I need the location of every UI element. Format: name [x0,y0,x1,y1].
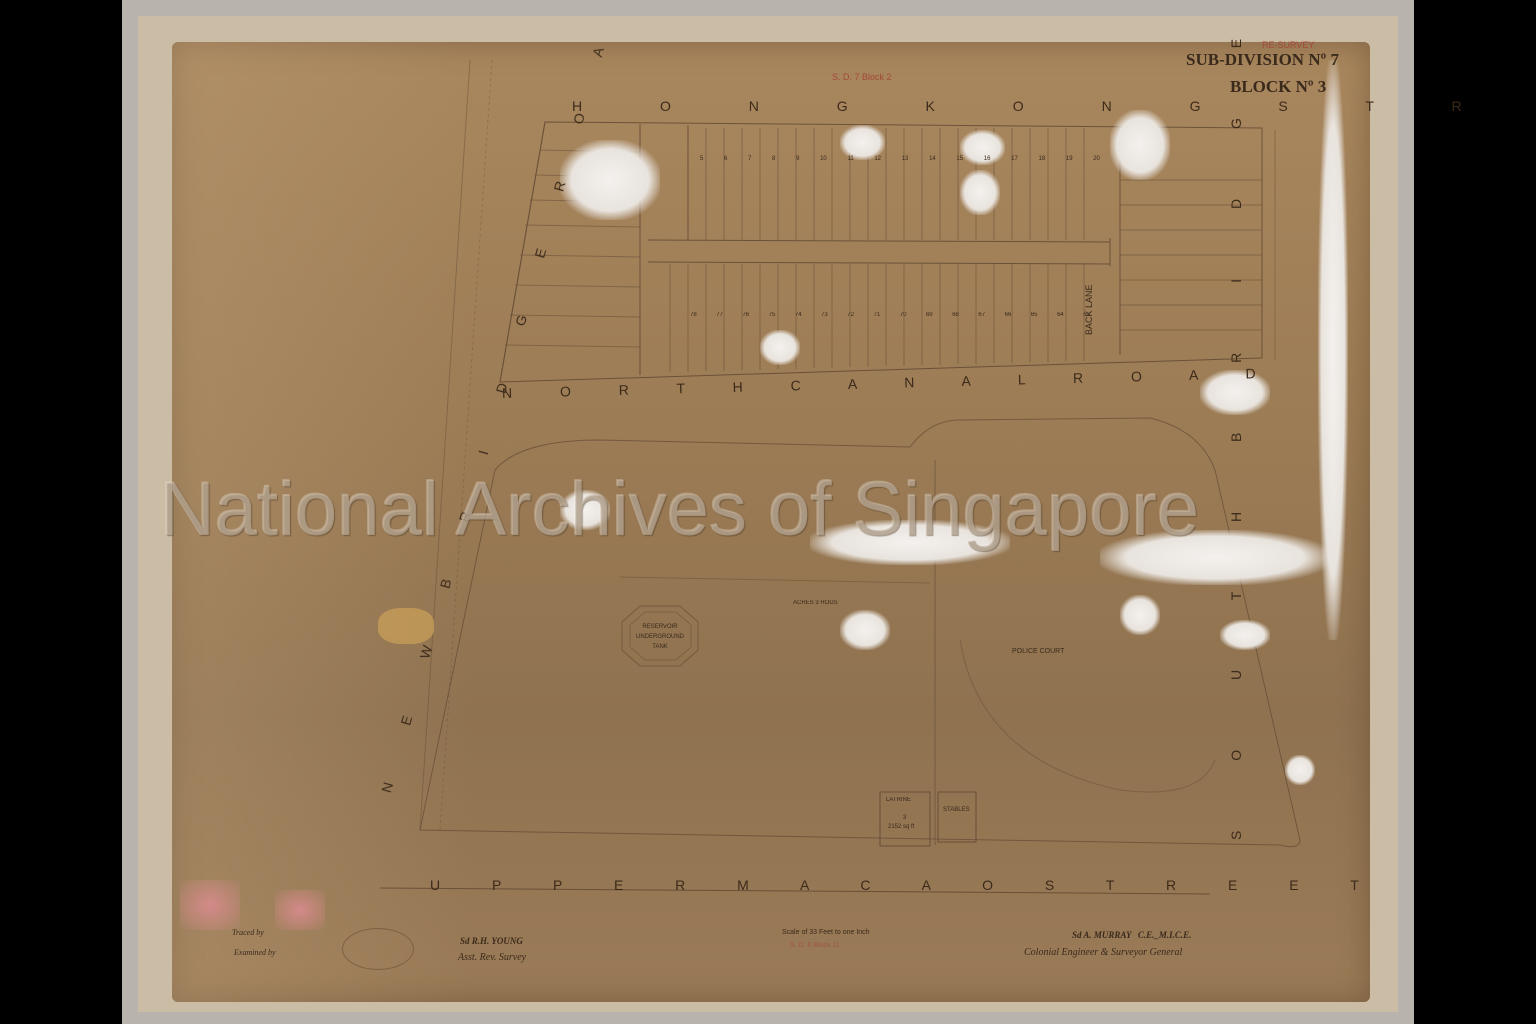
latrine-label: LATRINE [886,797,911,803]
adjacent-block-footer: S. D. 6 Block 11 [790,942,840,949]
engineer-title: Colonial Engineer & Surveyor General [1024,947,1182,958]
paper-damage [840,610,890,650]
red-stamp-stain [180,880,240,930]
paper-damage [1318,60,1348,640]
latrine-area: 2152 sq ft [888,824,914,830]
paper-damage [960,170,1000,215]
archive-watermark: National Archives of Singapore [160,466,1380,553]
paper-damage [1110,110,1170,180]
paper-damage [1285,755,1315,785]
engineer-name: Sd A. MURRAY C.E._M.I.C.E. [1072,930,1191,940]
subdivision-title: SUB-DIVISION Nº 7 [1186,50,1339,70]
lot-numbers-bottom-row: 7877 7675 7473 7271 7069 6867 6665 6463 [690,312,1090,318]
resurvey-note: RE-SURVEY [1262,40,1314,50]
block-title: BLOCK Nº 3 [1230,77,1326,97]
surveyor-name: Sd R.H. YOUNG [460,936,523,946]
adjacent-block-note: S. D. 7 Block 2 [832,72,892,82]
latrine-lot-number: 3 [903,815,906,821]
surveyor-title: Asst. Rev. Survey [458,952,526,963]
stables-label: STABLES [943,807,970,813]
traced-by: Traced by [232,928,264,937]
reservoir-label: RESERVOIR UNDERGROUND TANK [628,622,692,652]
back-lane-label: BACK LANE [1084,284,1094,335]
street-upper-macao-street: U P P E R M A C A O S T R E E T [430,877,1383,893]
paper-damage [1120,595,1160,635]
street-hong-kong-street: H O N G K O N G S T R E E T [572,98,1536,114]
oval-stamp [342,928,414,970]
area-label: ACRES 3 RODS [793,600,838,606]
street-south-bridge-road: S O U T H B R I D G E R O A D [1228,0,1244,840]
paper-damage [840,125,885,160]
examined-by: Examined by [234,948,276,957]
paper-damage [760,330,800,365]
police-court-label: POLICE COURT [1012,648,1064,655]
lot-numbers-top-row: 56 78 910 1112 1314 1516 1718 1920 [700,156,1100,162]
red-stamp-stain [275,890,325,930]
scale-note: Scale of 33 Feet to one Inch [782,929,870,936]
